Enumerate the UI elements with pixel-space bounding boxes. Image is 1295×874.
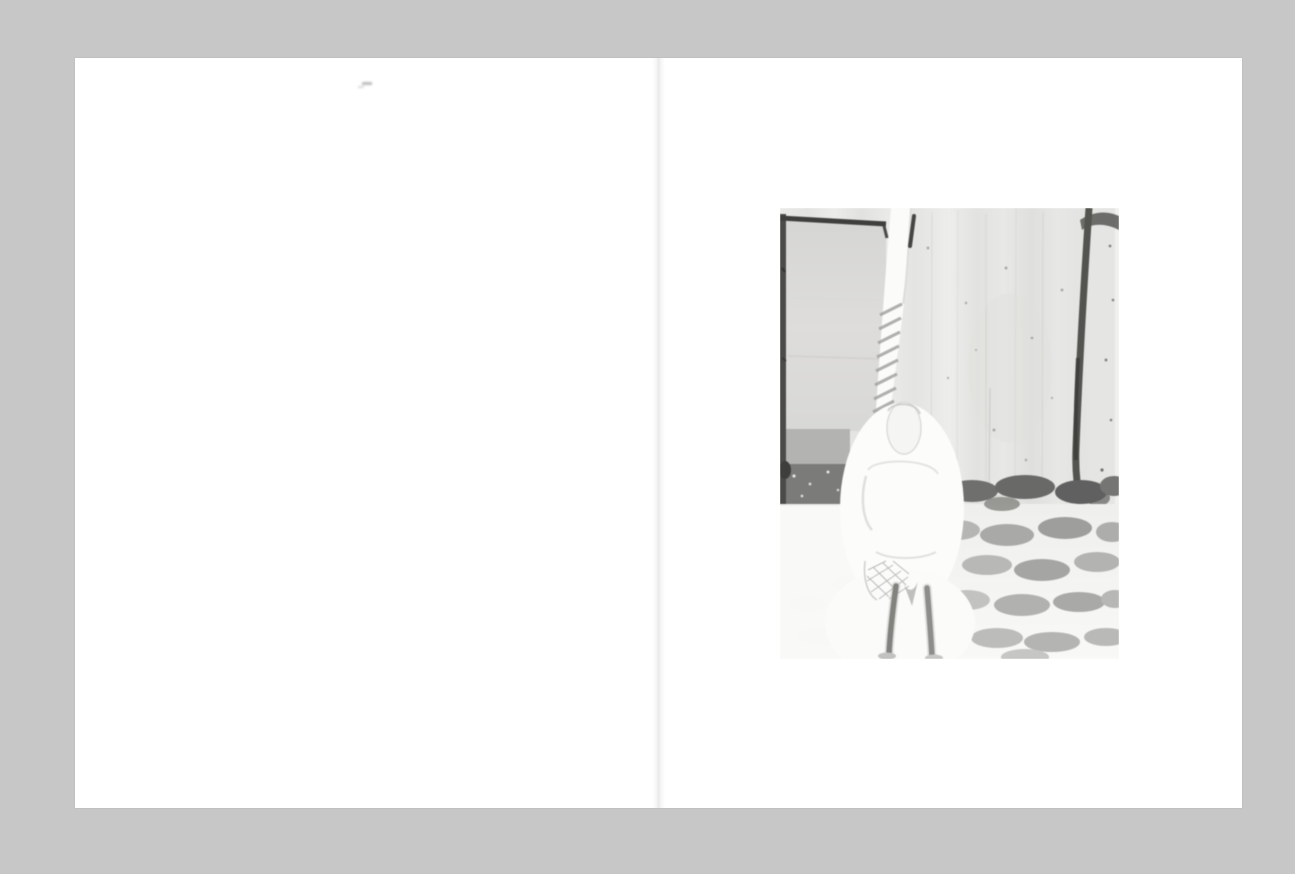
- figure-head: [887, 402, 921, 454]
- photograph: [780, 208, 1119, 659]
- photograph-rendering: [780, 208, 1119, 659]
- faint-page-mark-smudge: [358, 86, 364, 88]
- faint-page-mark-stroke: [362, 82, 372, 85]
- canvas-background: [0, 0, 1295, 874]
- book-spread: [75, 58, 1242, 808]
- left-page: [75, 58, 658, 808]
- faint-page-mark: [358, 81, 375, 90]
